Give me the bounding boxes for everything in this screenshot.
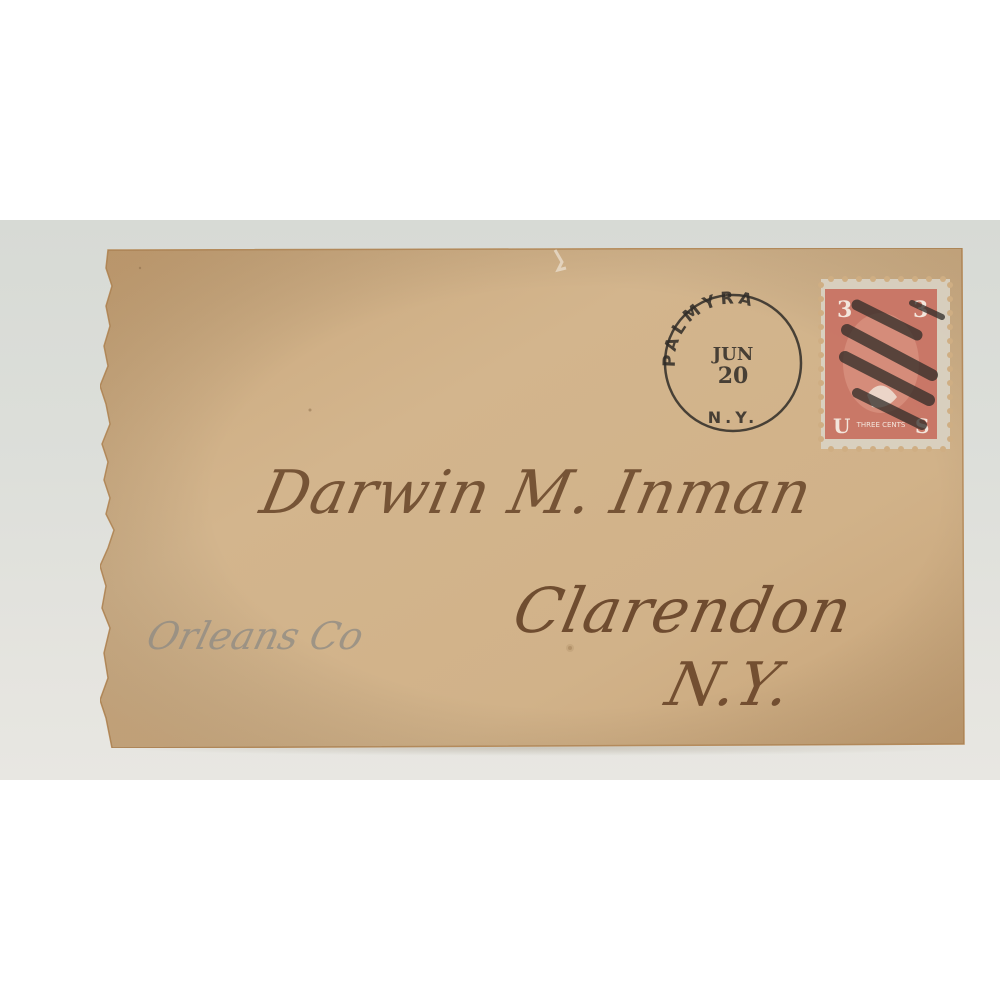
postmark: PALMYRA JUN 20 N.Y.: [658, 288, 808, 438]
postmark-state: N.Y.: [708, 408, 758, 427]
stamp-corner-u: U: [833, 414, 850, 438]
postage-stamp: 3 3 U S THREE CENTS: [817, 275, 954, 453]
postmark-month: JUN: [711, 344, 754, 365]
postmark-day: 20: [718, 363, 749, 389]
stamp-label: THREE CENTS: [856, 421, 906, 429]
stamp-denomination-left: 3: [837, 297, 852, 323]
